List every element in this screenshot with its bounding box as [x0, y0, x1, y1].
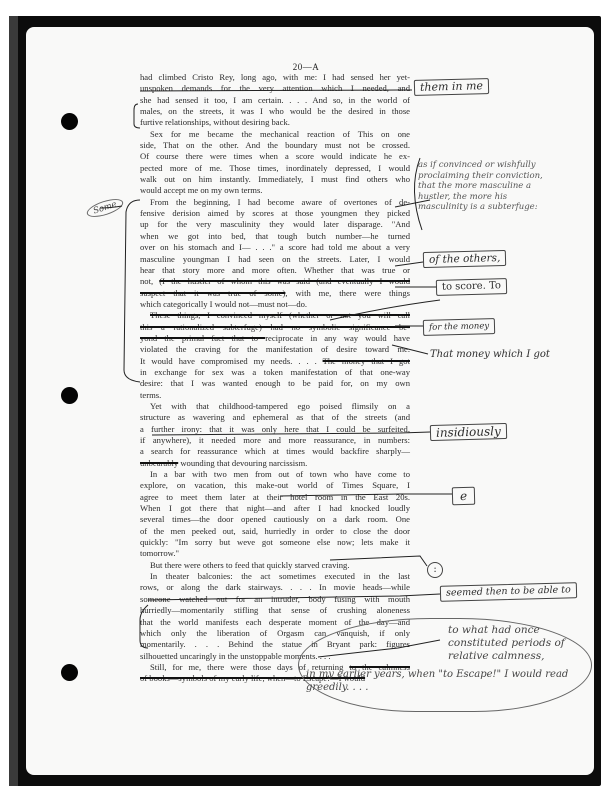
annotation-insidiously: insidiously [430, 423, 507, 441]
text-line: agree to meet them later at their hotel … [140, 492, 410, 503]
text-line: up for the very masculinity they would l… [140, 219, 410, 230]
text-line: From the beginning, I had become aware o… [140, 197, 410, 208]
scan-frame-shade [9, 16, 18, 786]
text-line: desire: that I was wanted enough to be p… [140, 378, 410, 389]
annotation-colon-mark: : [427, 562, 443, 578]
text-line: this a rationalized subterfuge) had no s… [140, 322, 410, 333]
text-line: someone watched out for an intruder, bod… [140, 594, 410, 605]
text-line: Of course there were times when a score … [140, 151, 410, 162]
text-line: In a bar with two men from out of town w… [140, 469, 410, 480]
punch-hole [61, 664, 78, 681]
typed-body-text: had climbed Cristo Rey, long ago, with m… [140, 72, 410, 685]
text-line: structure as wavering and ephemeral as t… [140, 412, 410, 423]
text-line: pected more of me. Those times, inordina… [140, 163, 410, 174]
annotation-in-my-earlier-years: in my earlier years, when "to Escape!" I… [306, 668, 586, 694]
annotation-them-in-me: them in me [414, 78, 489, 96]
text-line: over on his stomach and I— . . ." a scor… [140, 242, 410, 253]
text-line: a further irony: that it was only here t… [140, 424, 410, 435]
text-line: she had sensed it too, I am certain. . .… [140, 95, 410, 106]
text-line: walk out on him instantly. Immediately, … [140, 174, 410, 185]
annotation-of-the-others: of the others, [423, 250, 507, 268]
text-line: unbearably wounding that devouring narci… [140, 458, 410, 469]
text-line: When I got there that night—and after I … [140, 503, 410, 514]
text-line: Yet with that childhood-tampered ego poi… [140, 401, 410, 412]
annotation-that-money: That money which I got [430, 349, 550, 361]
text-line: tomorrow." [140, 548, 410, 559]
text-line: of the men peeked out, said, hurriedly i… [140, 526, 410, 537]
annotation-e-mark: e [452, 487, 476, 506]
text-line: These things, I convinced myself (whethe… [140, 310, 410, 321]
text-line: masculine youngman I had seen on the str… [140, 254, 410, 265]
text-line: males, on the streets, it was I who woul… [140, 106, 410, 117]
annotation-for-the-money: for the money [423, 318, 496, 336]
text-line: hear that story more and more often. Whe… [140, 265, 410, 276]
text-line: In theater balconies: the act sometimes … [140, 571, 410, 582]
text-line: unspoken demands for the very attention … [140, 83, 410, 94]
text-line: rows, or along the dark stairways. . . .… [140, 582, 410, 593]
text-line: yond the primal fact that to reciprocate… [140, 333, 410, 344]
annotation-as-if-convinced: as if convinced or wishfully proclaiming… [418, 160, 546, 213]
punch-hole [61, 113, 78, 130]
text-line: several times—the door opened cautiously… [140, 514, 410, 525]
text-line: Sex for me became the mechanical reactio… [140, 129, 410, 140]
text-line: It would have compromised my needs. . . … [140, 356, 410, 367]
text-line: which categorically I would not—must not… [140, 299, 410, 310]
annotation-to-what-had-once: to what had once constituted periods of … [448, 624, 578, 663]
text-line: But there were others to feed that quick… [140, 560, 410, 571]
text-line: furtive relationships, without desiring … [140, 117, 410, 128]
text-line: quickly: "Im sorry but weve got someone … [140, 537, 410, 548]
text-line: in exchange for sex was a token manifest… [140, 367, 410, 378]
annotation-to-score: to score. To [436, 278, 507, 296]
text-line: explore, on vacation, this make-out worl… [140, 480, 410, 491]
text-line: hurriedly—momentarily stifling that sens… [140, 605, 410, 616]
text-line: fensive derision aimed by scores at thos… [140, 208, 410, 219]
text-line: had climbed Cristo Rey, long ago, with m… [140, 72, 410, 83]
text-line: if anywhere), it needed more and more re… [140, 435, 410, 446]
text-line: not, (I the hustler of whom this was sai… [140, 276, 410, 287]
text-line: side, That on the other. And the boundar… [140, 140, 410, 151]
text-line: a search for reassurance which at times … [140, 446, 410, 457]
text-line: when we got into bed, that tough butch n… [140, 231, 410, 242]
text-line: violated the craving for the manifestati… [140, 344, 410, 355]
text-line: would accept me on my own terms. [140, 185, 410, 196]
punch-hole [61, 387, 78, 404]
text-line: terms. [140, 390, 410, 401]
text-line: suspect that it was true of some), with … [140, 288, 410, 299]
page-number: 20—A [0, 62, 612, 72]
